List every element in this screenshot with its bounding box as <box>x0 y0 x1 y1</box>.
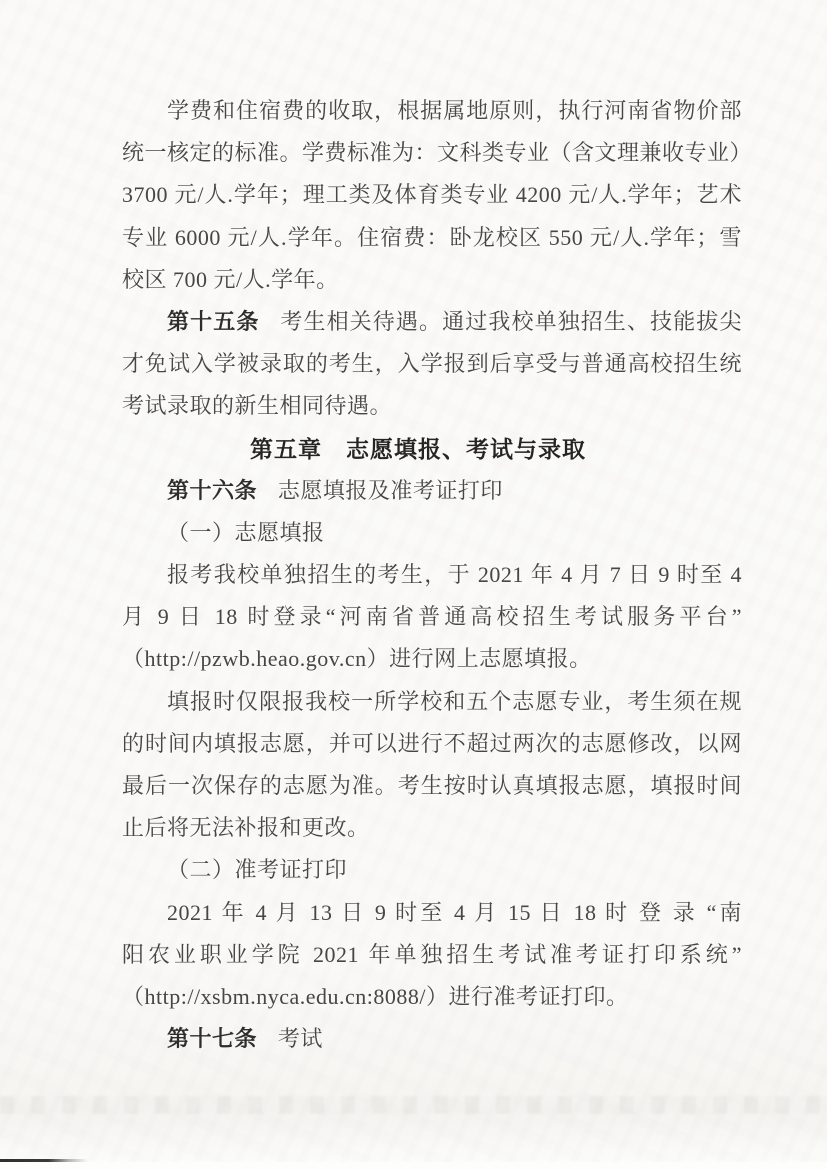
text-line: 考试录取的新生相同待遇。 <box>122 385 742 427</box>
text-line: 2021 年 4 月 13 日 9 时至 4 月 15 日 18 时 登 录 “… <box>122 892 742 934</box>
chapter-heading: 第五章 志愿填报、考试与录取 <box>122 428 742 470</box>
text-line: 统一核定的标准。学费标准为：文科类专业（含文理兼收专业） <box>122 132 742 174</box>
text-line: （http://pzwb.heao.gov.cn）进行网上志愿填报。 <box>122 638 742 680</box>
text-line: 专业 6000 元/人.学年。住宿费：卧龙校区 550 元/人.学年；雪枫 <box>122 217 742 259</box>
article-label: 第十五条 <box>167 309 259 334</box>
article-label: 第十六条 <box>167 478 257 503</box>
scan-bottom-strip <box>0 1162 827 1169</box>
scan-edge-artifact <box>0 1159 88 1162</box>
text-line: 校区 700 元/人.学年。 <box>122 259 742 301</box>
article-label: 第十七条 <box>167 1026 257 1051</box>
text-line: 学费和住宿费的收取，根据属地原则，执行河南省物价部门 <box>122 90 742 132</box>
text-line: 最后一次保存的志愿为准。考生按时认真填报志愿，填报时间截 <box>122 765 742 807</box>
text-line: 第十六条志愿填报及准考证打印 <box>122 470 742 512</box>
text-line: （一）志愿填报 <box>122 512 742 554</box>
text-line: 填报时仅限报我校一所学校和五个志愿专业，考生须在规定 <box>122 681 742 723</box>
text-line: 月 9 日 18 时登录“河南省普通高校招生考试服务平台” <box>122 596 742 638</box>
text-line: 才免试入学被录取的考生，入学报到后享受与普通高校招生统一 <box>122 343 742 385</box>
text-line: （二）准考证打印 <box>122 849 742 891</box>
text-line: 止后将无法补报和更改。 <box>122 807 742 849</box>
text-line: 3700 元/人.学年；理工类及体育类专业 4200 元/人.学年；艺术类 <box>122 174 742 216</box>
text-line: 的时间内填报志愿，并可以进行不超过两次的志愿修改，以网上 <box>122 723 742 765</box>
text-line: 阳农业职业学院 2021 年单独招生考试准考证打印系统” <box>122 934 742 976</box>
text-line: 第十五条考生相关待遇。通过我校单独招生、技能拔尖人 <box>122 301 742 343</box>
document-body: 学费和住宿费的收取，根据属地原则，执行河南省物价部门统一核定的标准。学费标准为：… <box>122 90 742 1060</box>
text-line: 第十七条考试 <box>122 1018 742 1060</box>
text-line: 报考我校单独招生的考生，于 2021 年 4 月 7 日 9 时至 4 <box>122 554 742 596</box>
document-page: 学费和住宿费的收取，根据属地原则，执行河南省物价部门统一核定的标准。学费标准为：… <box>0 0 827 1169</box>
text-line: （http://xsbm.nyca.edu.cn:8088/）进行准考证打印。 <box>122 976 742 1018</box>
scan-noise-band <box>0 1096 827 1114</box>
